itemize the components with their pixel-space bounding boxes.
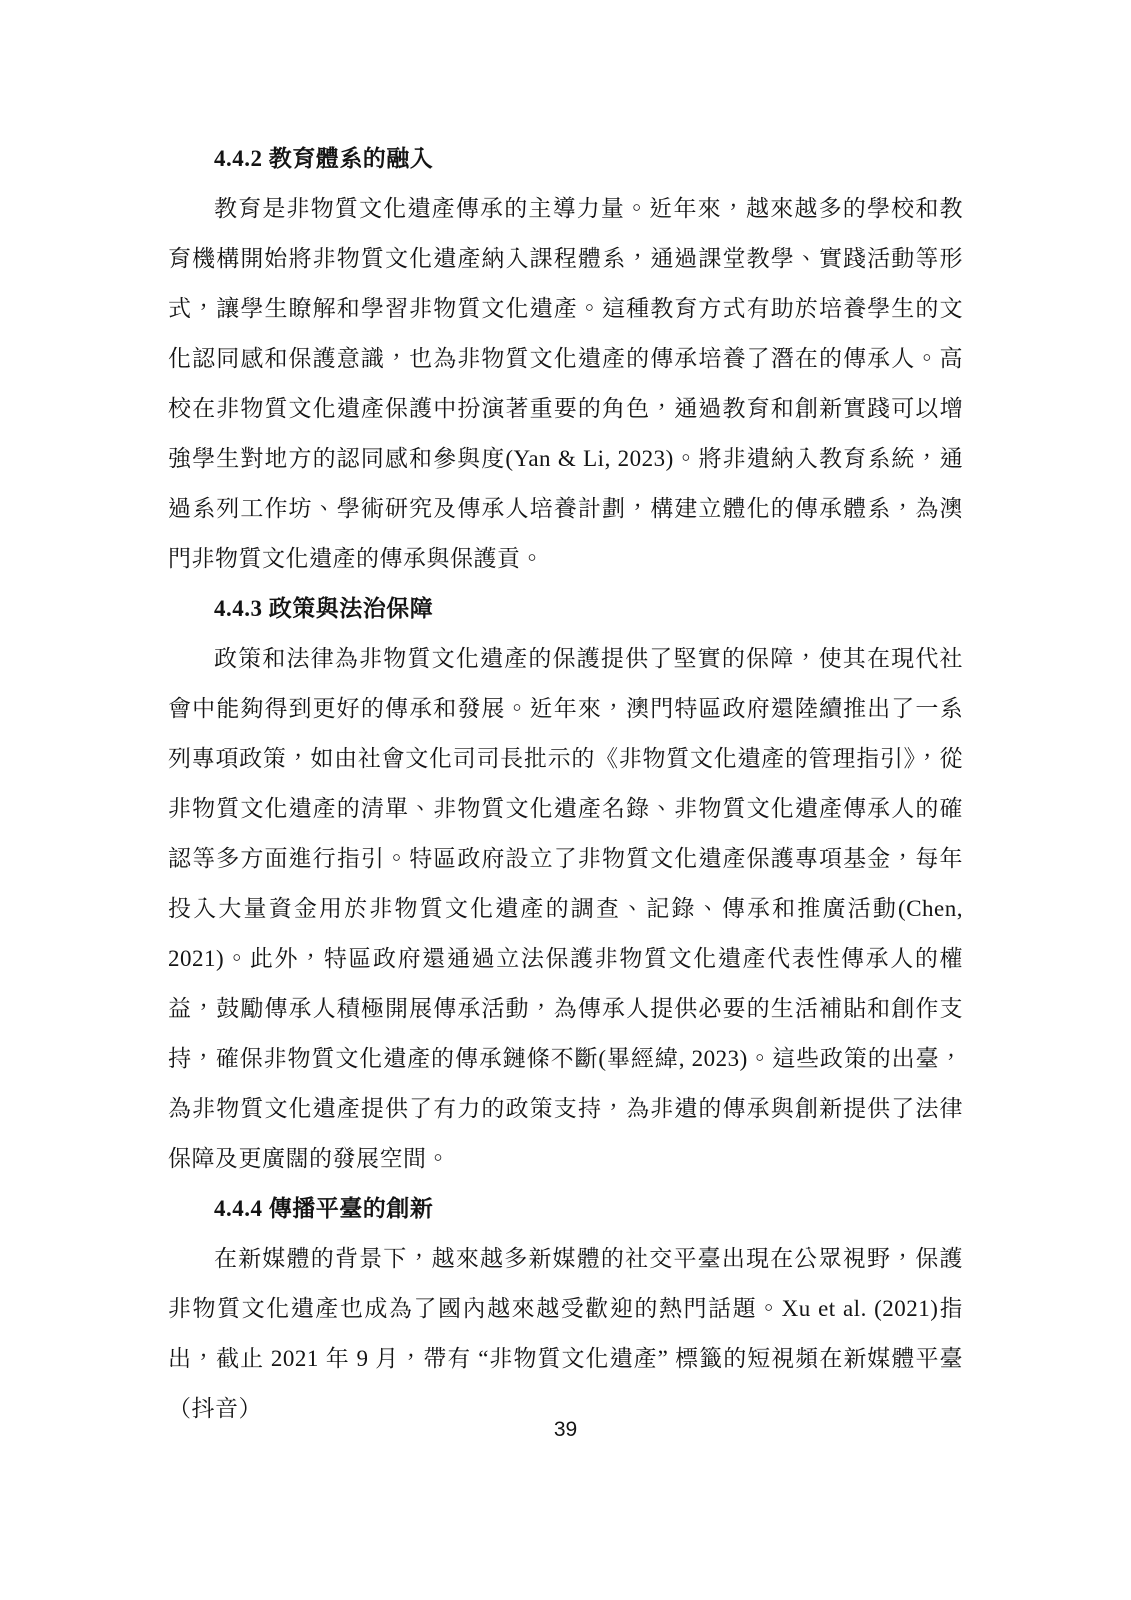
- section-heading-4-4-2: 4.4.2 教育體系的融入: [168, 134, 963, 184]
- section-paragraph: 在新媒體的背景下，越來越多新媒體的社交平臺出現在公眾視野，保護非物質文化遺產也成…: [168, 1234, 963, 1434]
- page-number: 39: [0, 1418, 1131, 1442]
- section-education-integration: 4.4.2 教育體系的融入 教育是非物質文化遺產傳承的主導力量。近年來，越來越多…: [168, 134, 963, 584]
- document-page: 4.4.2 教育體系的融入 教育是非物質文化遺產傳承的主導力量。近年來，越來越多…: [0, 0, 1131, 1600]
- page-body: 4.4.2 教育體系的融入 教育是非物質文化遺產傳承的主導力量。近年來，越來越多…: [168, 134, 963, 1434]
- section-heading-4-4-4: 4.4.4 傳播平臺的創新: [168, 1184, 963, 1234]
- section-policy-legal-safeguards: 4.4.3 政策與法治保障 政策和法律為非物質文化遺產的保護提供了堅實的保障，使…: [168, 584, 963, 1184]
- section-heading-4-4-3: 4.4.3 政策與法治保障: [168, 584, 963, 634]
- section-paragraph: 政策和法律為非物質文化遺產的保護提供了堅實的保障，使其在現代社會中能夠得到更好的…: [168, 634, 963, 1184]
- section-media-platform-innovation: 4.4.4 傳播平臺的創新 在新媒體的背景下，越來越多新媒體的社交平臺出現在公眾…: [168, 1184, 963, 1434]
- section-paragraph: 教育是非物質文化遺產傳承的主導力量。近年來，越來越多的學校和教育機構開始將非物質…: [168, 184, 963, 584]
